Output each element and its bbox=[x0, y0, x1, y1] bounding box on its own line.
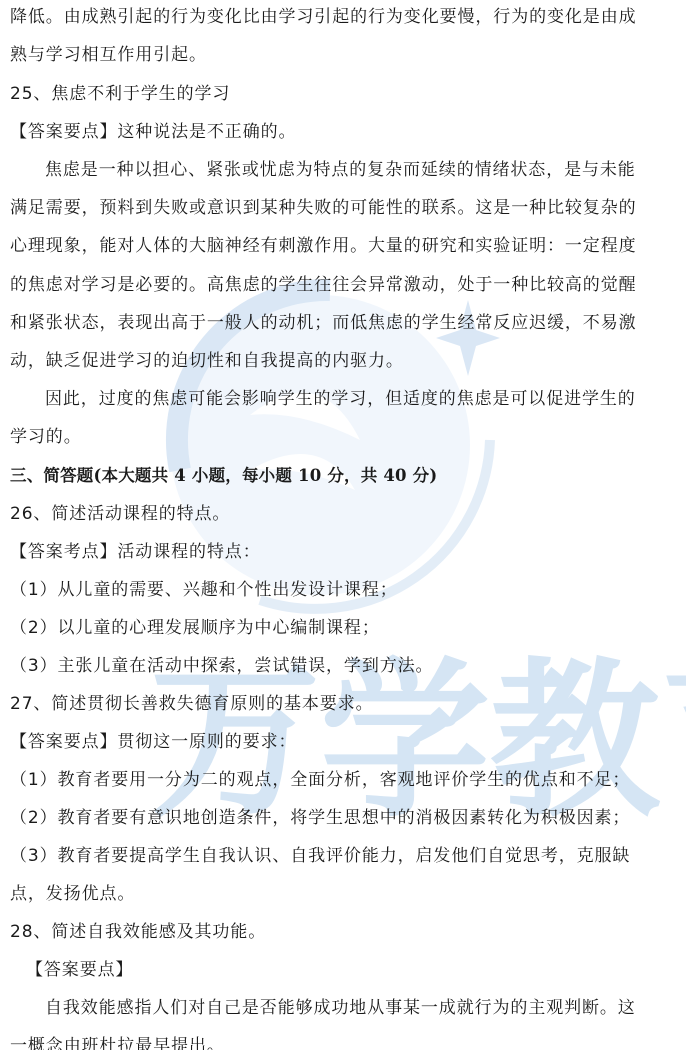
text-line: 和紧张状态，表现出高于一般人的动机；而低焦虑的学生经常反应迟缓，不易激 bbox=[10, 313, 637, 333]
text-line: （3）教育者要提高学生自我认识、自我评价能力，启发他们自觉思考，克服缺 bbox=[10, 846, 630, 866]
text-line: 【答案要点】贯彻这一原则的要求： bbox=[10, 732, 296, 752]
text-line: （1）从儿童的需要、兴趣和个性出发设计课程； bbox=[10, 580, 398, 600]
text-line: 25、焦虑不利于学生的学习 bbox=[10, 84, 230, 104]
text-line: 因此，过度的焦虑可能会影响学生的学习，但适度的焦虑是可以促进学生的 bbox=[45, 389, 636, 409]
section-heading: 三、简答题(本大题共 4 小题，每小题 10 分，共 40 分) bbox=[10, 466, 437, 486]
text-line: 26、简述活动课程的特点。 bbox=[10, 504, 230, 524]
text-line: （1）教育者要用一分为二的观点，全面分析，客观地评价学生的优点和不足； bbox=[10, 770, 630, 790]
text-line: 焦虑是一种以担心、紧张或忧虑为特点的复杂而延续的情绪状态，是与未能 bbox=[45, 160, 636, 180]
text-line: 降低。由成熟引起的行为变化比由学习引起的行为变化要慢，行为的变化是由成 bbox=[10, 7, 637, 27]
text-line: 动，缺乏促进学习的迫切性和自我提高的内驱力。 bbox=[10, 351, 404, 371]
text-line: 满足需要，预料到失败或意识到某种失败的可能性的联系。这是一种比较复杂的 bbox=[10, 198, 637, 218]
text-line: 一概念由班杜拉最早提出。 bbox=[10, 1036, 225, 1050]
text-line: 学习的。 bbox=[10, 427, 82, 447]
text-line: 的焦虑对学习是必要的。高焦虑的学生往往会异常激动，处于一种比较高的觉醒 bbox=[10, 275, 637, 295]
text-line: 【答案考点】活动课程的特点： bbox=[10, 542, 261, 562]
text-line: （3）主张儿童在活动中探索，尝试错误，学到方法。 bbox=[10, 656, 433, 676]
text-line: 【答案要点】 bbox=[26, 960, 133, 980]
text-line: 自我效能感指人们对自己是否能够成功地从事某一成就行为的主观判断。这 bbox=[45, 998, 636, 1018]
text-line: 【答案要点】这种说法是不正确的。 bbox=[10, 122, 296, 142]
text-line: （2）以儿童的心理发展顺序为中心编制课程； bbox=[10, 618, 380, 638]
text-line: 点，发扬优点。 bbox=[10, 884, 135, 904]
text-line: 27、简述贯彻长善救失德育原则的基本要求。 bbox=[10, 694, 374, 714]
text-line: 心理现象，能对人体的大脑神经有刺激作用。大量的研究和实验证明：一定程度 bbox=[10, 236, 637, 256]
text-line: 28、简述自我效能感及其功能。 bbox=[10, 922, 266, 942]
text-line: （2）教育者要有意识地创造条件，将学生思想中的消极因素转化为积极因素； bbox=[10, 808, 630, 828]
text-line: 熟与学习相互作用引起。 bbox=[10, 45, 207, 65]
